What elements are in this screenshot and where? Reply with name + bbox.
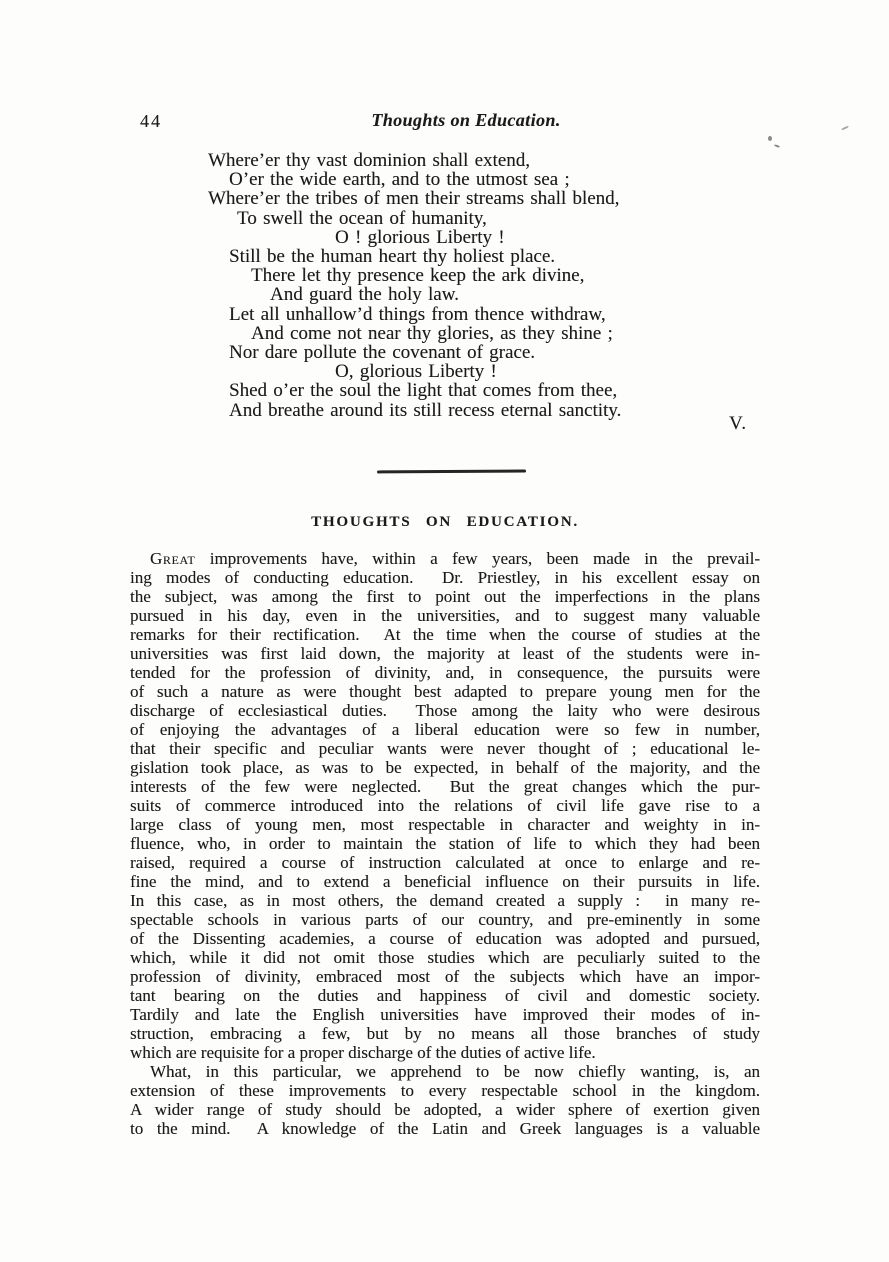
body-line: spectable schools in various parts of ou… [130,910,760,929]
poem-line: And breathe around its still recess eter… [229,401,621,420]
poem-line: Still be the human heart thy holiest pla… [229,247,621,266]
running-head: 44 Thoughts on Education. [130,110,760,136]
scan-speck [841,125,849,130]
poem-line: Where’er thy vast dominion shall extend, [208,151,621,170]
body-line: Great improvements have, within a few ye… [130,549,760,568]
poem-line: Nor dare pollute the covenant of grace. [229,343,621,362]
poem-line: To swell the ocean of humanity, [237,209,621,228]
poem-line: And come not near thy glories, as they s… [251,324,621,343]
body-line: that their specific and peculiar wants w… [130,739,760,758]
body-line: discharge of ecclesiastical duties. Thos… [130,701,760,720]
body-line: of such a nature as were thought best ad… [130,682,760,701]
body-line: of enjoying the advantages of a liberal … [130,720,760,739]
running-title: Thoughts on Education. [130,110,760,131]
body-line: suits of commerce introduced into the re… [130,796,760,815]
poem-line: O, glorious Liberty ! [335,362,621,381]
body-line: interests of the few were neglected. But… [130,777,760,796]
body-line: ing modes of conducting education. Dr. P… [130,568,760,587]
poem-line: And guard the holy law. [270,285,621,304]
body-line: which, while it did not omit those studi… [130,948,760,967]
body-line: fluence, who, in order to maintain the s… [130,834,760,853]
poem-line: O ! glorious Liberty ! [335,228,621,247]
poem-line: Where’er the tribes of men their streams… [208,189,621,208]
section-heading: THOUGHTS ON EDUCATION. [130,514,760,531]
body-line: which are requisite for a proper dischar… [130,1043,760,1062]
page-number: 44 [140,111,162,132]
article-text: Great improvements have, within a few ye… [130,549,760,1138]
body-line: extension of these improvements to every… [130,1081,760,1100]
scan-speck [768,136,772,141]
body-line: the subject, was among the first to poin… [130,587,760,606]
body-line: pursued in his day, even in the universi… [130,606,760,625]
body-line: In this case, as in most others, the dem… [130,891,760,910]
lead-word: Great [150,549,195,568]
body-line: fine the mind, and to extend a beneficia… [130,872,760,891]
body-line: A wider range of study should be adopted… [130,1100,760,1119]
poem-line: Shed o’er the soul the light that comes … [229,381,621,400]
poem-block: Where’er thy vast dominion shall extend,… [208,151,621,420]
body-line: gislation took place, as was to be expec… [130,758,760,777]
body-line: profession of divinity, embraced most of… [130,967,760,986]
body-line: large class of young men, most respectab… [130,815,760,834]
body-line: remarks for their rectification. At the … [130,625,760,644]
body-line: raised, required a course of instruction… [130,853,760,872]
body-line-text: improvements have, within a few years, b… [210,549,760,568]
author-signature: V. [729,413,747,435]
body-line: tended for the profession of divinity, a… [130,663,760,682]
body-line: of the Dissenting academies, a course of… [130,929,760,948]
body-line: What, in this particular, we apprehend t… [130,1062,760,1081]
scan-speck [774,144,780,148]
poem-line: O’er the wide earth, and to the utmost s… [229,170,621,189]
poem-line: There let thy presence keep the ark divi… [251,266,621,285]
body-line: universities was first laid down, the ma… [130,644,760,663]
body-line: Tardily and late the English universitie… [130,1005,760,1024]
book-page: 44 Thoughts on Education. Where’er thy v… [0,0,889,1262]
poem-line: Let all unhallow’d things from thence wi… [229,305,621,324]
section-divider [377,470,526,473]
body-line: struction, embracing a few, but by no me… [130,1024,760,1043]
body-line: to the mind. A knowledge of the Latin an… [130,1119,760,1138]
body-line: tant bearing on the duties and happiness… [130,986,760,1005]
